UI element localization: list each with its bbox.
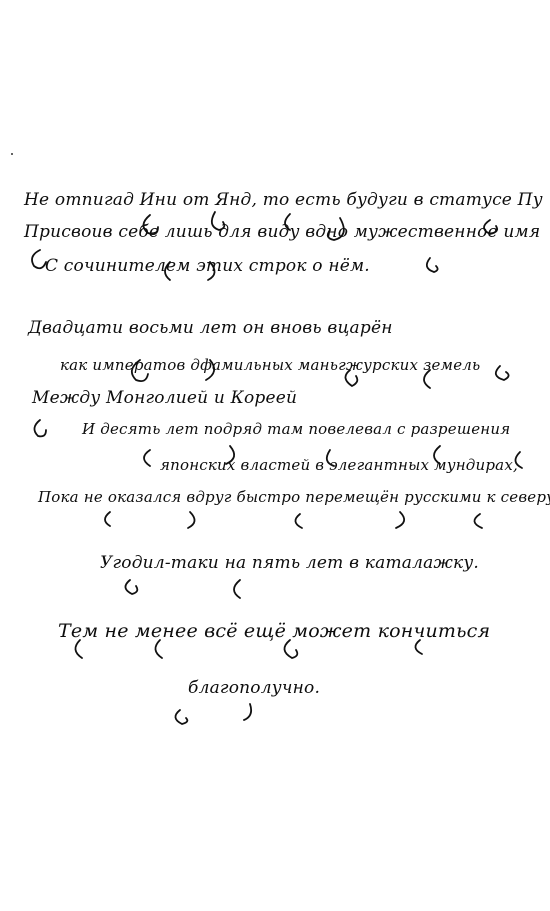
text-line: И десять лет подряд там повелевал с разр… (82, 420, 510, 438)
text-line: как императов дфамильных маньгжурских зе… (60, 356, 480, 374)
ink-speck (11, 153, 13, 155)
text-line: Между Монголией и Кореей (32, 388, 297, 408)
text-line: Тем не менее всё ещё может кончиться (58, 620, 490, 642)
text-line: Присвоив себе лишь для виду вдно мужеств… (24, 222, 540, 242)
text-line: Двадцати восьми лет он вновь вцарён (28, 318, 393, 338)
text-line: С сочинителем этих строк о нём. (45, 256, 370, 276)
text-line: благополучно. (188, 678, 320, 698)
text-line: Пока не оказался вдруг быстро перемещён … (38, 488, 550, 506)
text-line: японских властей в элегантных мундирах, (160, 456, 518, 474)
text-line: Угодил-таки на пять лет в каталажку. (100, 553, 479, 573)
text-line: Не отпигад Ини от Янд, то есть будуги в … (24, 190, 543, 210)
handwritten-page: Не отпигад Ини от Янд, то есть будуги в … (0, 0, 550, 911)
